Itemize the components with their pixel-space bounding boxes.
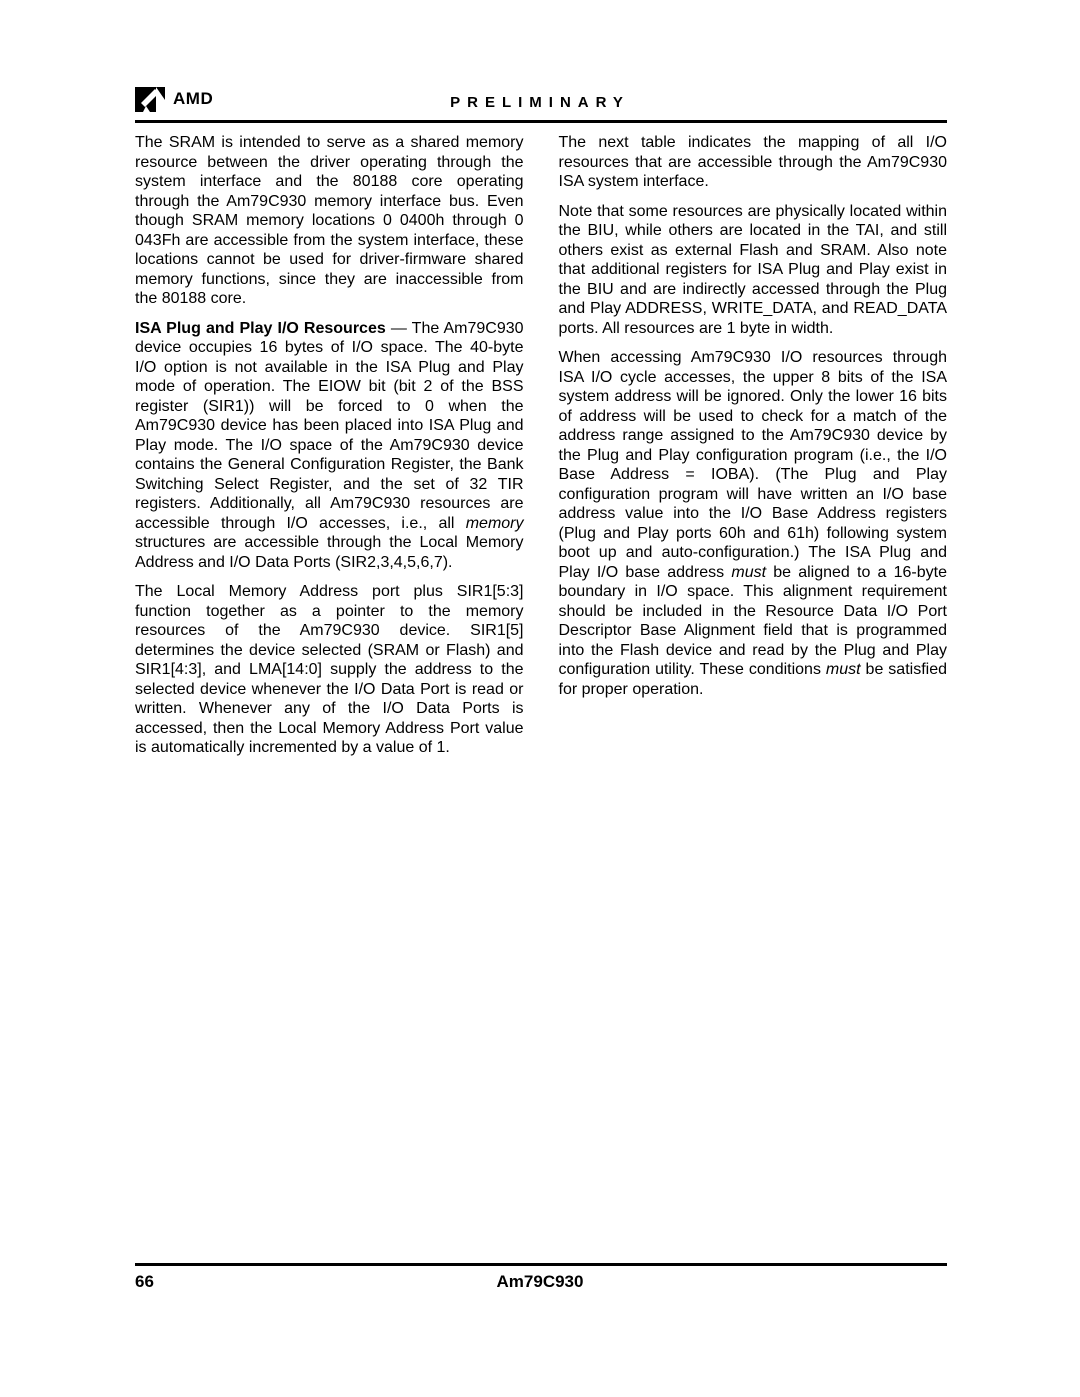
run-in-heading: ISA Plug and Play I/O Resources (135, 320, 386, 337)
paragraph-isa-pnp-io-resources: ISA Plug and Play I/O Resources — The Am… (135, 319, 524, 573)
text-segment: The SRAM is intended to serve as a share… (135, 134, 524, 307)
text-segment-italic: must (731, 564, 766, 581)
text-segment: When accessing Am79C930 I/O resources th… (559, 349, 948, 581)
document-page: AMD PRELIMINARY The SRAM is intended to … (0, 0, 1080, 1397)
paragraph-local-memory-address: The Local Memory Address port plus SIR1[… (135, 582, 524, 758)
text-segment: structures are accessible through the Lo… (135, 534, 524, 571)
text-segment-italic: must (826, 661, 861, 678)
left-column: The SRAM is intended to serve as a share… (135, 133, 524, 768)
text-segment: The next table indicates the mapping of … (559, 134, 948, 190)
footer-rule (135, 1263, 947, 1266)
preliminary-banner: PRELIMINARY (0, 94, 1080, 111)
header-rule (135, 120, 947, 123)
paragraph-next-table: The next table indicates the mapping of … (559, 133, 948, 192)
text-segment: Note that some resources are physically … (559, 203, 948, 337)
paragraph-resource-locations: Note that some resources are physically … (559, 202, 948, 339)
text-segment-italic: memory (466, 515, 524, 532)
right-column: The next table indicates the mapping of … (559, 133, 948, 768)
paragraph-sram: The SRAM is intended to serve as a share… (135, 133, 524, 309)
paragraph-io-access: When accessing Am79C930 I/O resources th… (559, 348, 948, 699)
body-columns: The SRAM is intended to serve as a share… (135, 133, 947, 768)
footer-doc-title: Am79C930 (0, 1272, 1080, 1292)
text-segment: — The Am79C930 device occupies 16 bytes … (135, 320, 524, 532)
text-segment: The Local Memory Address port plus SIR1[… (135, 583, 524, 756)
